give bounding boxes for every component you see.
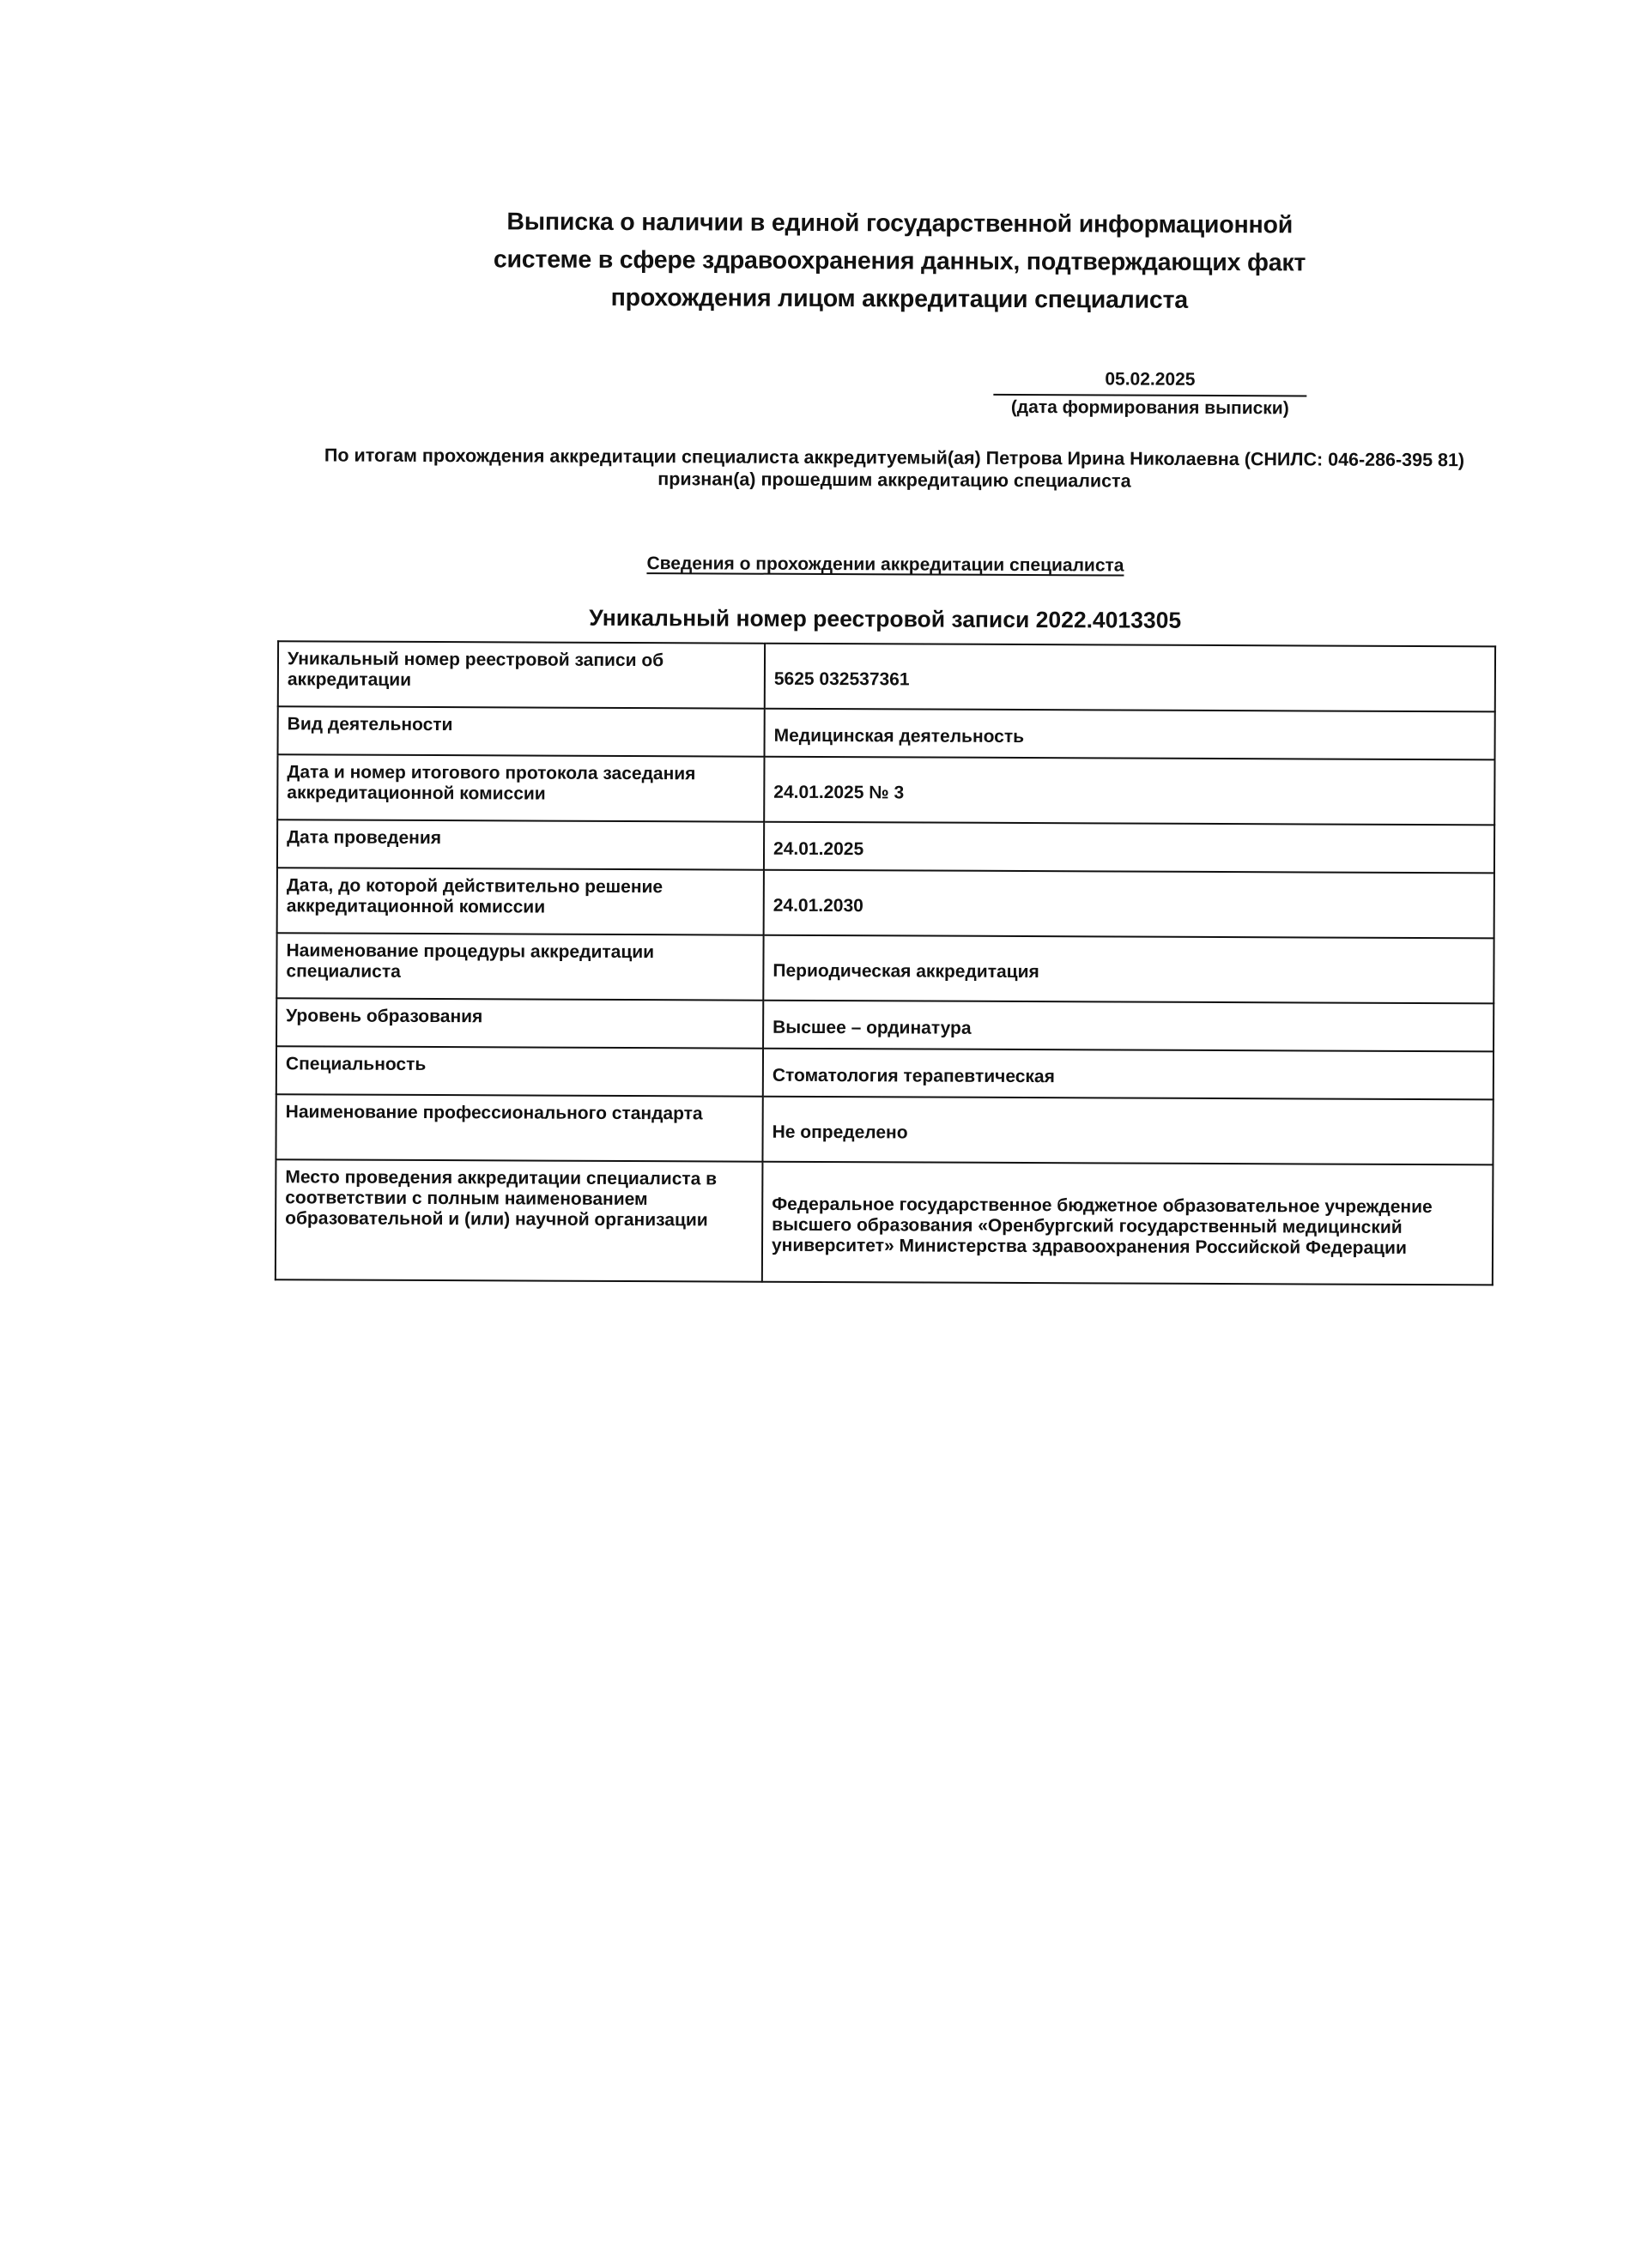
row-label: Вид деятельности (278, 706, 765, 756)
table-row: Дата и номер итогового протокола заседан… (277, 754, 1494, 825)
document-page: Выписка о наличии в единой государственн… (0, 0, 1648, 2268)
row-value: 24.01.2025 № 3 (764, 757, 1494, 826)
section-heading-text: Сведения о прохождении аккредитации спец… (646, 553, 1124, 575)
row-value: 5625 032537361 (765, 644, 1495, 712)
row-label: Дата проведения (277, 820, 764, 869)
row-value: Не определено (762, 1097, 1493, 1165)
row-value: Периодическая аккредитация (763, 935, 1493, 1004)
table-row: Наименование профессионального стандарта… (276, 1094, 1493, 1164)
table-row: Место проведения аккредитации специалист… (276, 1159, 1493, 1285)
row-label: Дата, до которой действительно решение а… (277, 868, 764, 934)
intro-text: По итогам прохождения аккредитации специ… (294, 444, 1495, 493)
table-row: Дата, до которой действительно решение а… (277, 868, 1494, 938)
row-label: Дата и номер итогового протокола заседан… (277, 754, 764, 821)
issue-date-block: 05.02.2025 (дата формирования выписки) (993, 368, 1306, 421)
accreditation-info-table: Уникальный номер реестровой записи об ак… (275, 640, 1496, 1285)
row-value: 24.01.2030 (764, 870, 1494, 939)
table-row: Уровень образования Высшее – ординатура (276, 998, 1493, 1051)
table-row: Дата проведения 24.01.2025 (277, 820, 1494, 873)
row-label: Специальность (276, 1046, 763, 1096)
registry-number-title: Уникальный номер реестровой записи 2022.… (482, 602, 1288, 635)
row-label: Наименование профессионального стандарта (276, 1094, 762, 1161)
row-label: Уникальный номер реестровой записи об ак… (278, 641, 765, 708)
table-row: Вид деятельности Медицинская деятельност… (278, 706, 1495, 759)
section-heading: Сведения о прохождении аккредитации спец… (533, 553, 1237, 578)
row-value: Стоматология терапевтическая (763, 1049, 1493, 1100)
issue-date-caption: (дата формирования выписки) (993, 396, 1306, 421)
row-label: Наименование процедуры аккредитации спец… (276, 933, 763, 1000)
issue-date: 05.02.2025 (993, 368, 1306, 397)
row-value: 24.01.2025 (764, 822, 1494, 874)
table-row: Наименование процедуры аккредитации спец… (276, 933, 1493, 1003)
row-value: Медицинская деятельность (765, 709, 1495, 760)
row-label: Уровень образования (276, 998, 763, 1048)
table-row: Уникальный номер реестровой записи об ак… (278, 641, 1495, 711)
row-label: Место проведения аккредитации специалист… (276, 1159, 763, 1281)
table-row: Специальность Стоматология терапевтическ… (276, 1046, 1493, 1099)
row-value: Высшее – ординатура (763, 1001, 1493, 1052)
row-value: Федеральное государственное бюджетное об… (762, 1162, 1493, 1285)
document-title: Выписка о наличии в единой государственн… (466, 203, 1334, 319)
